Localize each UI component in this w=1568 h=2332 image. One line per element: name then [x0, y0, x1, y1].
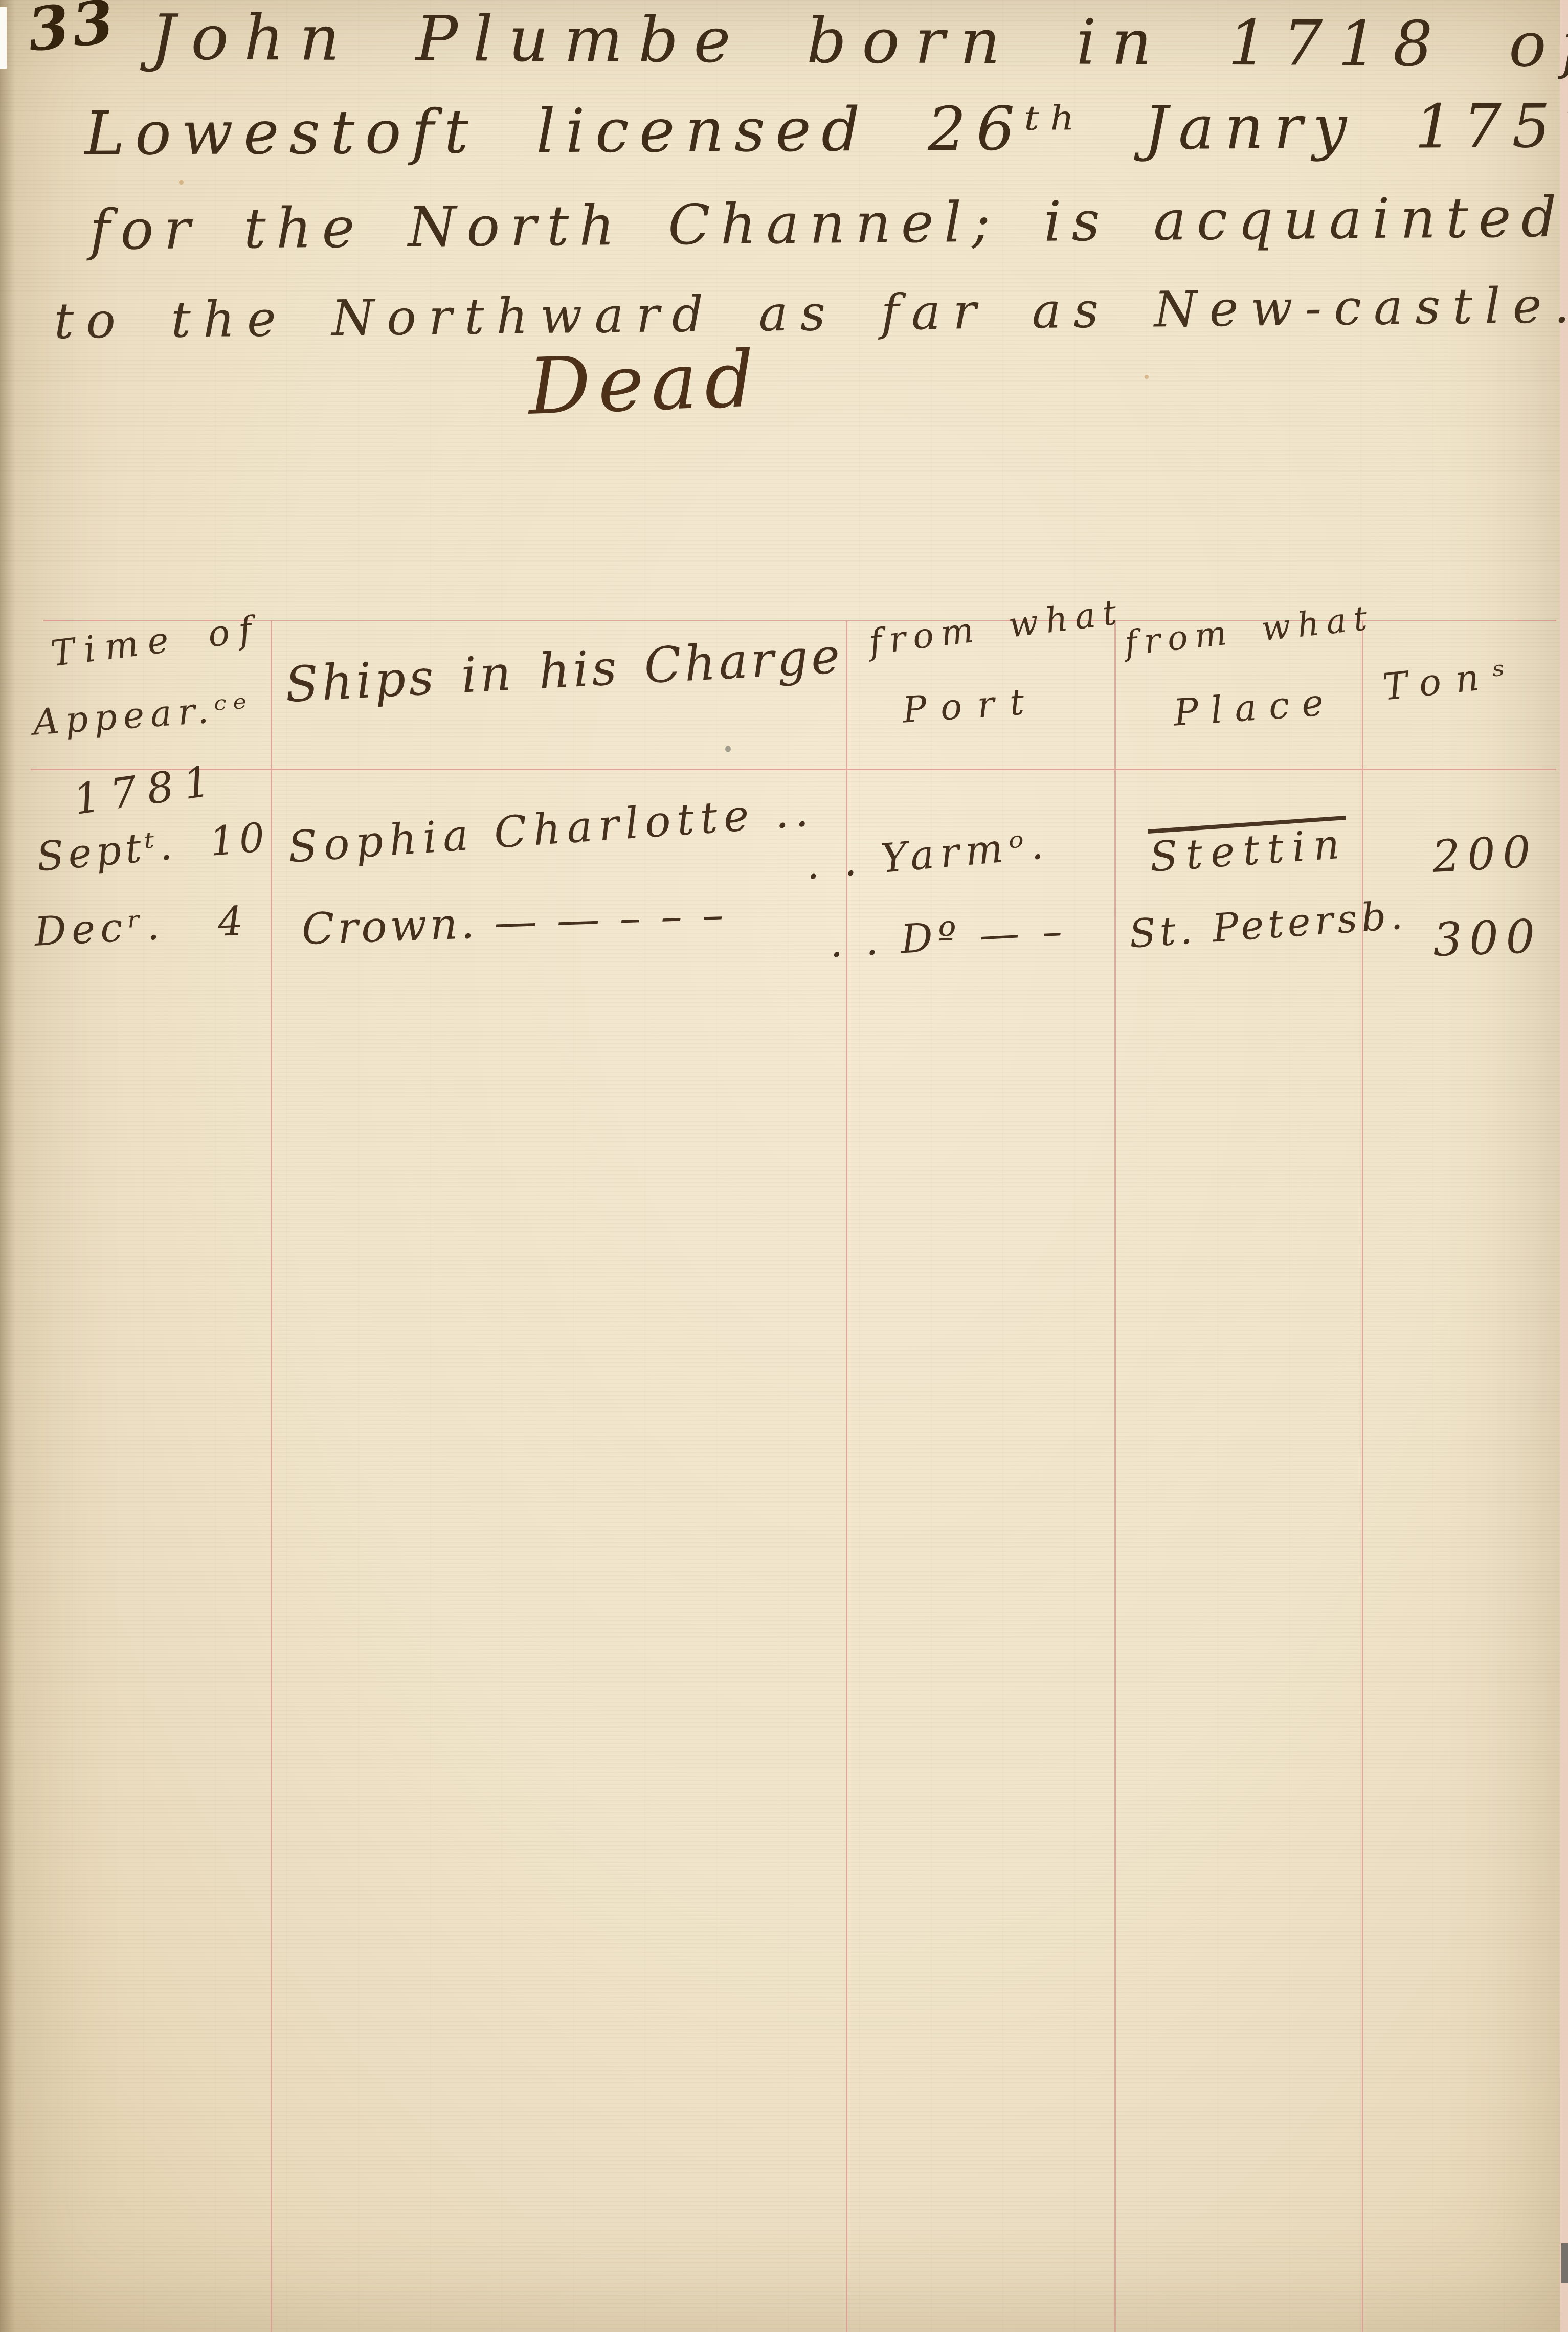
row-port: . . Yarmᵒ. — [804, 821, 1051, 888]
row-ship: Crown. — — – – – — [301, 889, 727, 954]
header-time-line-2: Appear.ᶜᵉ — [32, 686, 255, 744]
heading-line-2: Lowestoft licensed 26ᵗʰ Janry 1757 — [84, 90, 1568, 169]
page-number: 33 — [25, 0, 120, 65]
scan-sliver-top-left — [0, 7, 7, 69]
row-date: Septᵗ. 10 — [35, 814, 271, 880]
row-tons: 200 — [1431, 826, 1539, 883]
paper-speck — [1145, 375, 1149, 379]
header-time-line-1: Time of — [49, 608, 263, 675]
row-ship: Sophia Charlotte .. — [286, 786, 816, 872]
table-header-rule — [31, 769, 1556, 770]
paper-speck — [725, 746, 731, 752]
row-place: Stettin — [1148, 820, 1349, 881]
heading-line-3: for the North Channel; is acquainted — [89, 186, 1567, 262]
row-place: St. Petersb. — [1128, 892, 1408, 957]
header-port-line-1: from what — [867, 592, 1126, 663]
ledger-page: 33 John Plumbe born in 1718 of Lowestoft… — [0, 0, 1568, 2332]
heading-line-4: to the Northward as far as New-castle. — [54, 277, 1568, 350]
header-place-line-1: from what — [1123, 598, 1376, 663]
paper-speck — [179, 180, 184, 185]
row-port: . . Dº — – — [828, 908, 1068, 967]
table-column-rule-1 — [271, 620, 272, 2332]
status-dead: Dead — [527, 333, 763, 432]
scan-edge-shadow-left — [0, 0, 15, 2332]
table-column-rule-4 — [1362, 620, 1363, 2332]
row-date: Decʳ. 4 — [33, 898, 250, 955]
header-tons: Tonˢ — [1381, 652, 1522, 709]
table-column-rule-3 — [1114, 620, 1116, 2332]
header-place-line-2: Place — [1172, 680, 1337, 734]
row-tons: 300 — [1432, 910, 1543, 967]
header-ships: Ships in his Charge — [284, 628, 844, 713]
year-label: 1781 — [71, 756, 223, 824]
scan-edge-right — [1560, 0, 1568, 2332]
header-port-line-2: Port — [901, 680, 1041, 731]
scan-sliver-bottom-right — [1561, 2243, 1568, 2283]
heading-line-1: John Plumbe born in 1718 of — [150, 1, 1568, 81]
